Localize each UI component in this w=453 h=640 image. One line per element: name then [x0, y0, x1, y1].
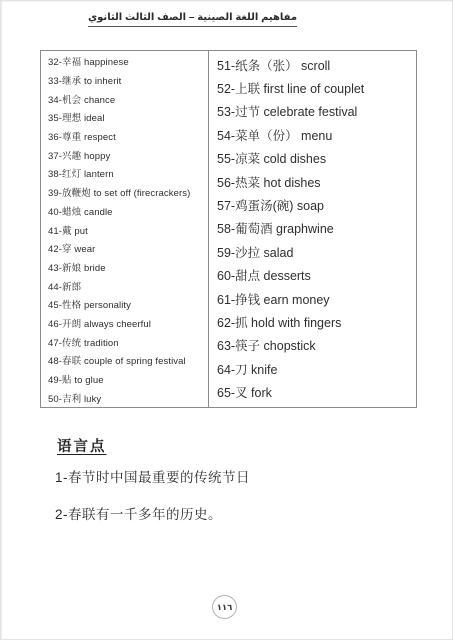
vocab-item: 55-凉菜 cold dishes [217, 147, 414, 170]
page-number: ١١٦ [217, 602, 233, 613]
vocab-item: 37-兴趣 hoppy [48, 145, 206, 164]
vocab-item: 48-春联 couple of spring festival [48, 351, 206, 370]
document-page: مفاهيم اللغة الصينية – الصف الثالث الثان… [0, 0, 453, 640]
language-point: 2-春联有一千多年的历史。 [55, 503, 250, 523]
vocab-item: 62-抓 hold with fingers [217, 310, 414, 333]
vocab-item: 38-红灯 lantern [48, 164, 206, 183]
vocab-item: 47-传统 tradition [48, 332, 206, 351]
vocab-item: 34-机会 chance [48, 89, 206, 108]
page-number-badge: ١١٦ [212, 595, 237, 619]
language-points-list: 1-春节时中国最重要的传统节日2-春联有一千多年的历史。 [55, 466, 250, 540]
vocab-item: 41-戴 put [48, 220, 206, 239]
vocab-item: 39-放鞭炮 to set off (firecrackers) [48, 183, 206, 202]
vocab-column-right: 51-纸条（张） scroll52-上联 first line of coupl… [209, 51, 416, 407]
vocab-item: 63-筷子 chopstick [217, 334, 414, 357]
vocab-item: 40-蜡烛 candle [48, 202, 206, 221]
vocab-item: 64-刀 knife [217, 357, 414, 380]
vocab-item: 56-热菜 hot dishes [217, 170, 414, 193]
vocab-item: 44-新郎 [48, 276, 206, 295]
vocab-item: 53-过节 celebrate festival [217, 100, 414, 123]
vocab-item: 65-叉 fork [217, 380, 414, 403]
vocab-item: 35-理想 ideal [48, 108, 206, 127]
vocab-item: 42-穿 wear [48, 239, 206, 258]
vocab-item: 57-鸡蛋汤(碗) soap [217, 193, 414, 216]
vocab-column-left: 32-幸福 happinese33-继承 to inherit34-机会 cha… [41, 51, 209, 407]
vocab-table: 32-幸福 happinese33-继承 to inherit34-机会 cha… [40, 50, 417, 408]
page-header-arabic-title: مفاهيم اللغة الصينية – الصف الثالث الثان… [88, 12, 297, 27]
vocab-item: 60-甜点 desserts [217, 264, 414, 287]
vocab-item: 59-沙拉 salad [217, 240, 414, 263]
language-points-heading: 语言点 [57, 435, 107, 456]
vocab-item: 45-性格 personality [48, 295, 206, 314]
vocab-item: 49-贴 to glue [48, 370, 206, 389]
vocab-item: 58-葡萄酒 graphwine [217, 217, 414, 240]
vocab-item: 61-挣钱 earn money [217, 287, 414, 310]
vocab-item: 36-尊重 respect [48, 127, 206, 146]
vocab-item: 32-幸福 happinese [48, 52, 206, 71]
vocab-item: 52-上联 first line of couplet [217, 76, 414, 99]
vocab-item: 50-吉利 luky [48, 388, 206, 407]
vocab-item: 51-纸条（张） scroll [217, 53, 414, 76]
vocab-item: 43-新娘 bride [48, 258, 206, 277]
language-point: 1-春节时中国最重要的传统节日 [55, 466, 250, 486]
vocab-item: 46-开朗 always cheerful [48, 314, 206, 333]
vocab-item: 33-继承 to inherit [48, 71, 206, 90]
vocab-item: 54-菜单（份） menu [217, 123, 414, 146]
